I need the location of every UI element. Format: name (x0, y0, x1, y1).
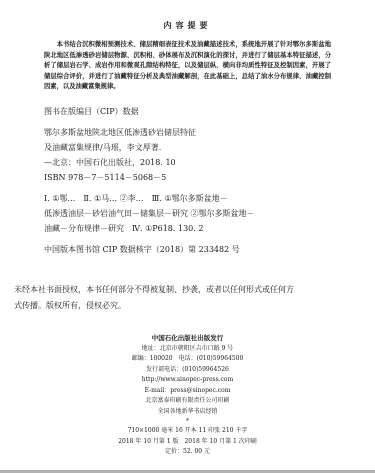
copyright-page: 内容提要 本书结合沉积微相预测技术、储层精细表征技术及油藏描述技术，系统地开展了… (0, 0, 375, 470)
edition-info: 2018 年 10 月第 1 版 2018 年 10 月第 1 次印刷 (0, 437, 375, 448)
copyright-notice: 未经本社书面授权，本书任何部分不得被复制、抄袭，或者以任何形式或任何方 式传播。… (14, 282, 364, 314)
copyright-line: 未经本社书面授权，本书任何部分不得被复制、抄袭，或者以任何形式或任何方 (14, 282, 364, 298)
book-format: 710×1000 毫米 16 开本 11 印张 210 千字 (0, 426, 375, 437)
cip-heading: 图书在版编目（CIP）数据 (44, 104, 344, 119)
printer: 北京富泰印刷有限责任公司印刷 (0, 396, 375, 407)
cip-line: 鄂尔多斯盆地陕北地区低渗透砂岩储层特征 (44, 125, 344, 140)
cip-classification: 油藏－分布规律－研究 Ⅳ. ①P618. 130. 2 (44, 221, 344, 236)
distributor: 全国各地新华书店经销 (0, 407, 375, 418)
cip-line: —北京：中国石化出版社，2018. 10 (44, 155, 344, 170)
publisher-sales-phone: 发行部电话：(010)59964526 (0, 365, 375, 376)
summary-title: 内容提要 (0, 20, 375, 31)
cip-line: 及油藏富集规律/马瑶，李文厚著. (44, 140, 344, 155)
cip-verification-number: 中国版本图书馆 CIP 数据核字（2018）第 233482 号 (44, 242, 344, 257)
cip-classification: 低渗透油层－砂岩油气田－储集层－研究 ②鄂尔多斯盆地－ (44, 206, 344, 221)
publisher-postcode-phone: 邮编：100020 电话：(010)59964500 (0, 354, 375, 365)
publisher-info: 中国石化出版社出版发行 地址：北京市朝阳区吉市口路 9 号 邮编：100020 … (0, 333, 375, 458)
publisher-address: 地址：北京市朝阳区吉市口路 9 号 (0, 344, 375, 355)
cip-data-block: 图书在版编目（CIP）数据 鄂尔多斯盆地陕北地区低渗透砂岩储层特征 及油藏富集规… (44, 104, 344, 257)
separator-asterisk: * (0, 417, 375, 426)
publisher-name: 中国石化出版社出版发行 (0, 333, 375, 344)
cip-isbn: ISBN 978－7－5114－5068－5 (44, 170, 344, 185)
price: 定价：52. 00 元 (0, 447, 375, 458)
copyright-line: 式传播。版权所有，侵权必究。 (14, 298, 364, 314)
summary-body: 本书结合沉积微相预测技术、储层精细表征技术及油藏描述技术，系统地开展了针对鄂尔多… (44, 40, 331, 93)
publisher-website: http://www.sinopec-press.com (0, 375, 375, 386)
summary-paragraph: 本书结合沉积微相预测技术、储层精细表征技术及油藏描述技术，系统地开展了针对鄂尔多… (44, 40, 331, 93)
publisher-email: E-mail：press@sinopec.com (0, 386, 375, 397)
cip-classification: Ⅰ. ①鄂… Ⅱ. ①马… ②李… Ⅲ. ①鄂尔多斯盆地－ (44, 191, 344, 206)
